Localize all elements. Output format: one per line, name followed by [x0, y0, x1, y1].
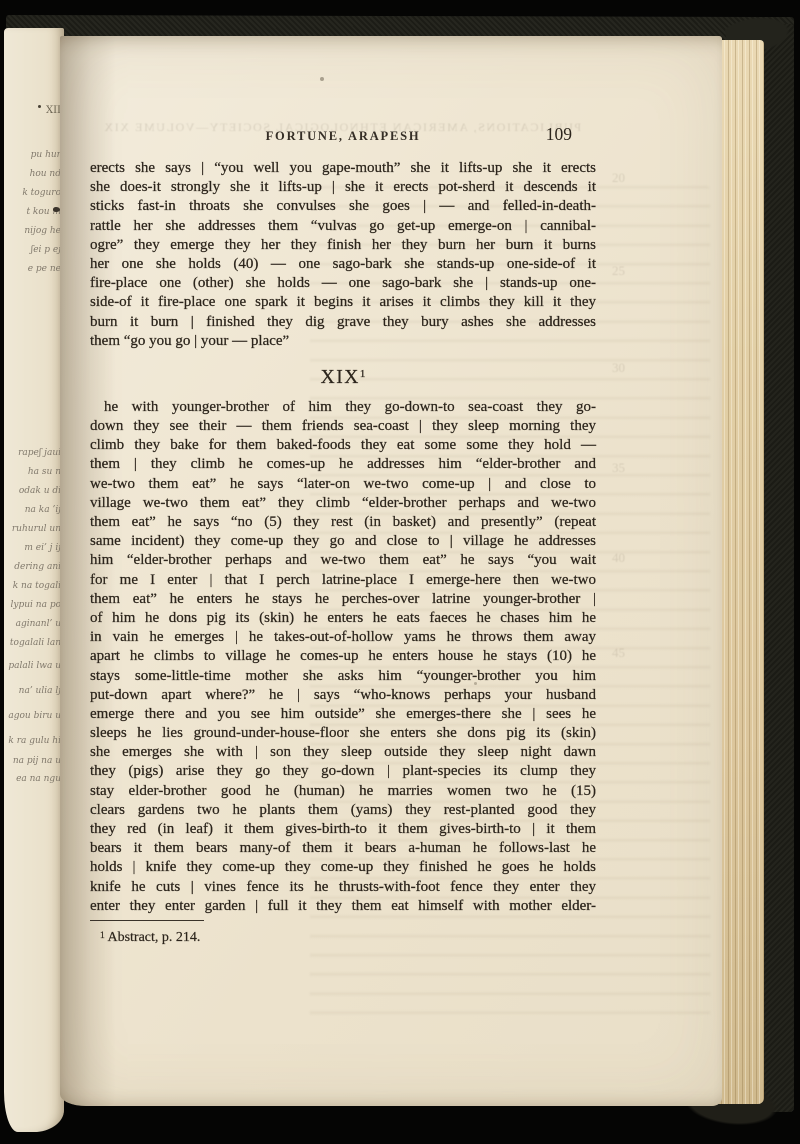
text-line: they (pigs) arise they go they go-down |… — [90, 762, 596, 781]
text-line: sleeps he lies ground-under-house-floor … — [90, 724, 596, 743]
margin-text-fragment: ea na ngu — [16, 774, 61, 784]
text-line: them eat” he says “no (5) they rest (in … — [90, 513, 596, 532]
ghost-line-number: 25 — [612, 263, 625, 279]
text-line: he with younger-brother of him they go-d… — [90, 398, 596, 417]
margin-text-fragment: lypui na po — [11, 600, 61, 610]
text-line: they red (in leaf) it them gives-birth-t… — [90, 820, 596, 839]
section-heading: XIX1 — [90, 365, 596, 384]
margin-text-fragment: m ei’ j ij — [24, 543, 61, 553]
paper-speck — [474, 682, 477, 685]
margin-text-fragment: na pij na u — [13, 756, 61, 766]
margin-text-fragment: na’ ulia lj — [19, 686, 61, 696]
text-line: she does-it strongly she it lifts-up | s… — [90, 178, 596, 197]
margin-text-fragment: e pe ne — [28, 264, 61, 274]
text-line: them “go you go | your — place” — [90, 332, 596, 351]
margin-text-fragment: ha su n — [28, 467, 61, 477]
paper-speck — [53, 207, 60, 212]
text-line: in vain he emerges | he takes-out-of-hol… — [90, 628, 596, 647]
book-page: PUBLICATIONS, AMERICAN ETHNOLOGICAL SOCI… — [60, 36, 722, 1106]
margin-text-fragment: dering ani — [14, 562, 61, 572]
text-line: put-down apart where?” he | says “who-kn… — [90, 686, 596, 705]
margin-text-fragment: odak u di — [19, 486, 61, 496]
section-numeral: XIX — [321, 367, 360, 388]
text-line: apart he climbs to village he comes-up h… — [90, 647, 596, 666]
text-line: same incident) they come-up they go and … — [90, 532, 596, 551]
margin-text-fragment: na ka ’ij — [25, 505, 61, 515]
text-line: burn it burn | finished they dig grave t… — [90, 313, 596, 332]
ghost-line-number: 35 — [612, 460, 625, 476]
text-line: sticks fast-in throats she convulses she… — [90, 197, 596, 216]
margin-text-fragment: ruhurul un — [12, 524, 61, 534]
text-line: her one she holds (40) — one sago-bark s… — [90, 255, 596, 274]
text-line: village we-two them eat” they climb “eld… — [90, 494, 596, 513]
text-line: of him he dons pig its (skin) he enters … — [90, 609, 596, 628]
footnote-mark: 1 — [100, 931, 105, 941]
text-line: enter they enter garden | full it they t… — [90, 897, 596, 916]
text-line: bears it them bears many-of them it bear… — [90, 839, 596, 858]
text-line: climb they bake for them baked-foods the… — [90, 436, 596, 455]
text-line: erects she says | “you well you gape-mou… — [90, 159, 596, 178]
text-line: we-two them eat” he says “later-on we-tw… — [90, 475, 596, 494]
margin-text-fragment: k na togali — [13, 581, 61, 591]
margin-text-fragment: nijog he — [24, 226, 61, 236]
text-line: down they see their — them friends sea-c… — [90, 417, 596, 436]
paper-speck — [38, 105, 41, 108]
margin-text-fragment: pu hur — [31, 150, 61, 160]
margin-text-fragment: aginanl’ u — [16, 619, 61, 629]
ghost-line-number: 40 — [612, 550, 625, 566]
facing-page-sliver: XII pu hur hou nd k toguro t kou m nijog… — [4, 28, 64, 1132]
margin-text-fragment: togalali lan — [10, 638, 61, 648]
margin-text-fragment: palali lwa u — [8, 661, 61, 671]
margin-text-fragment: XII — [46, 106, 61, 116]
margin-text-fragment: rapeʃ jaui — [18, 448, 61, 458]
text-line: emerge there and you see him outside” sh… — [90, 705, 596, 724]
text-line: knife he cuts | vines fence its he thrus… — [90, 878, 596, 897]
ghost-line-number: 20 — [612, 170, 625, 186]
margin-text-fragment: k toguro — [22, 188, 61, 198]
paper-speck — [320, 77, 324, 81]
section-footnote-mark: 1 — [360, 368, 366, 380]
text-line: holds | knife they come-up they come-up … — [90, 858, 596, 877]
text-line: she emerges she with | son they sleep ou… — [90, 743, 596, 762]
footnote-text: Abstract, p. 214. — [107, 930, 200, 945]
text-line: stays some-little-time mother she asks h… — [90, 667, 596, 686]
margin-text-fragment: agou biru u — [8, 711, 61, 721]
footnote-rule — [90, 920, 204, 922]
text-line: rattle her she addresses them “vulvas go… — [90, 217, 596, 236]
page-number: 109 — [514, 124, 572, 145]
text-line: side-of it fire-place one spark it begin… — [90, 293, 596, 312]
text-line: stay elder-brother good he (human) he ma… — [90, 782, 596, 801]
text-line: ogre” they emerge they her they finish h… — [90, 236, 596, 255]
text-line: clears gardens two he plants them (yams)… — [90, 801, 596, 820]
text-line: him “elder-brother perhaps and we-two th… — [90, 551, 596, 570]
margin-text-fragment: ʃei p ej — [31, 245, 61, 255]
margin-text-fragment: hou nd — [30, 169, 61, 179]
text-line: fire-place one (other) she holds — one s… — [90, 274, 596, 293]
text-line: them eat” he enters he stays he perches-… — [90, 590, 596, 609]
margin-text-fragment: k ra gulu hi — [8, 736, 61, 746]
text-block: erects she says | “you well you gape-mou… — [90, 159, 596, 946]
ghost-line-number: 30 — [612, 360, 625, 376]
text-line: for me I enter | that I perch latrine-pl… — [90, 571, 596, 590]
text-line: them | they climb he comes-up he address… — [90, 455, 596, 474]
book-photograph: XII pu hur hou nd k toguro t kou m nijog… — [0, 0, 800, 1144]
ghost-line-number: 45 — [612, 645, 625, 661]
footnote: 1 Abstract, p. 214. — [90, 928, 596, 946]
